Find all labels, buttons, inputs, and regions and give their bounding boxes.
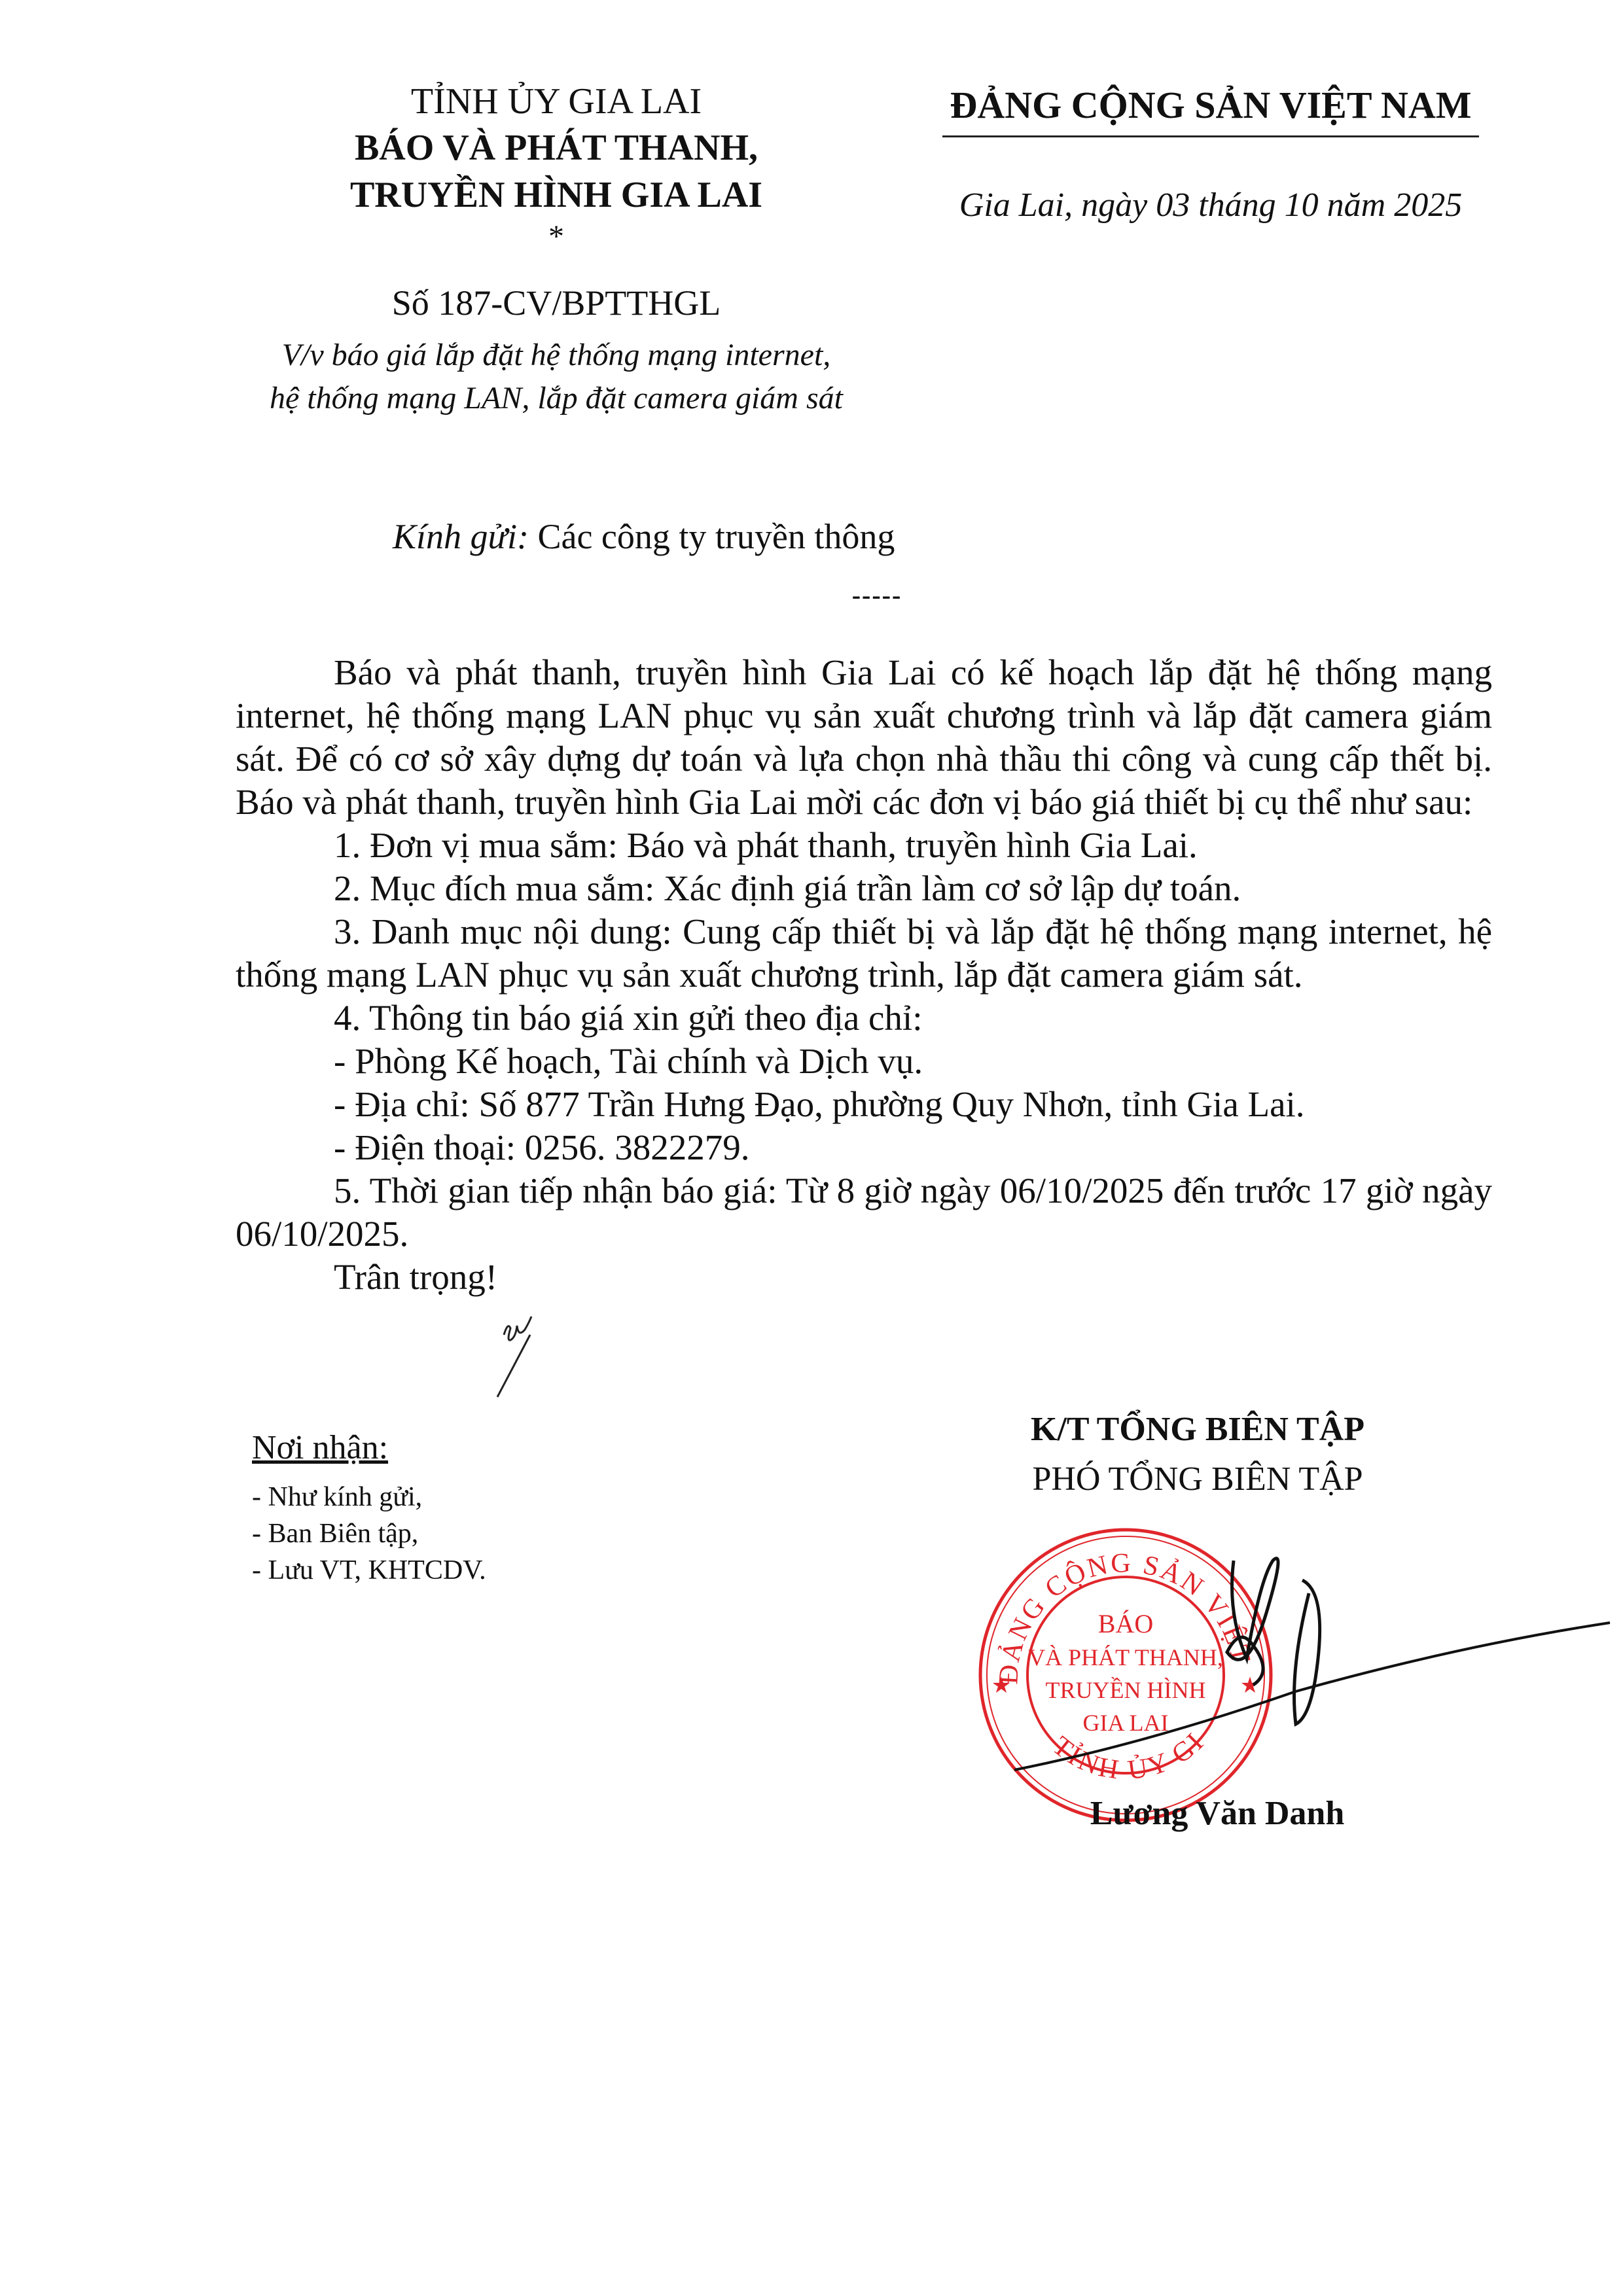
distribution-item: - Như kính gửi,: [252, 1479, 710, 1515]
closing: Trân trọng!: [236, 1256, 1492, 1299]
on-behalf-title: K/T TỔNG BIÊN TẬP: [969, 1407, 1427, 1453]
recipient-value: Các công ty truyền thông: [529, 517, 895, 556]
distribution-item: - Lưu VT, KHTCDV.: [252, 1552, 710, 1589]
handwritten-signature-icon: [969, 1525, 1623, 1826]
document-subject: V/v báo giá lắp đặt hệ thống mạng intern…: [236, 334, 877, 420]
recipient-label: Kính gửi:: [393, 517, 529, 556]
signer-position: PHÓ TỔNG BIÊN TẬP: [969, 1457, 1427, 1502]
item-4: 4. Thông tin báo giá xin gửi theo địa ch…: [236, 997, 1492, 1040]
party-name: ĐẢNG CỘNG SẢN VIỆT NAM: [916, 82, 1505, 129]
document-number: Số 187-CV/BPTTHGL: [262, 281, 851, 325]
header-underline: [942, 135, 1479, 137]
item-5: 5. Thời gian tiếp nhận báo giá: Từ 8 giờ…: [236, 1169, 1492, 1256]
item-4-address: - Địa chỉ: Số 877 Trần Hưng Đạo, phường …: [236, 1083, 1492, 1126]
issuing-organization: TỈNH ỦY GIA LAI BÁO VÀ PHÁT THANH, TRUYỀ…: [262, 79, 851, 253]
distribution-list: Nơi nhận: - Như kính gửi, - Ban Biên tập…: [252, 1426, 710, 1589]
initials-mark-icon: [484, 1309, 576, 1400]
parent-organization: TỈNH ỦY GIA LAI: [262, 79, 851, 124]
item-2: 2. Mục đích mua sắm: Xác định giá trần l…: [236, 867, 1492, 910]
letter-body: Báo và phát thanh, truyền hình Gia Lai c…: [236, 651, 1492, 1299]
subject-line-2: hệ thống mạng LAN, lắp đặt camera giám s…: [236, 377, 877, 420]
item-3: 3. Danh mục nội dung: Cung cấp thiết bị …: [236, 910, 1492, 997]
asterisk-mark: *: [262, 221, 851, 253]
recipient-line: Kính gửi: Các công ty truyền thông: [393, 514, 1374, 559]
item-4-department: - Phòng Kế hoạch, Tài chính và Dịch vụ.: [236, 1040, 1492, 1083]
separator: -----: [838, 582, 916, 609]
national-header: ĐẢNG CỘNG SẢN VIỆT NAM Gia Lai, ngày 03 …: [916, 82, 1505, 226]
intro-paragraph: Báo và phát thanh, truyền hình Gia Lai c…: [236, 651, 1492, 824]
subject-line-1: V/v báo giá lắp đặt hệ thống mạng intern…: [236, 334, 877, 377]
distribution-item: - Ban Biên tập,: [252, 1515, 710, 1552]
signature-block: K/T TỔNG BIÊN TẬP PHÓ TỔNG BIÊN TẬP: [969, 1407, 1427, 1502]
organization-name-line2: TRUYỀN HÌNH GIA LAI: [262, 171, 851, 219]
signer-name: Lương Văn Danh: [1001, 1793, 1433, 1835]
item-1: 1. Đơn vị mua sắm: Báo và phát thanh, tr…: [236, 824, 1492, 867]
place-date: Gia Lai, ngày 03 tháng 10 năm 2025: [916, 185, 1505, 226]
organization-name-line1: BÁO VÀ PHÁT THANH,: [262, 124, 851, 171]
distribution-title: Nơi nhận:: [252, 1426, 710, 1470]
item-4-phone: - Điện thoại: 0256. 3822279.: [236, 1126, 1492, 1169]
